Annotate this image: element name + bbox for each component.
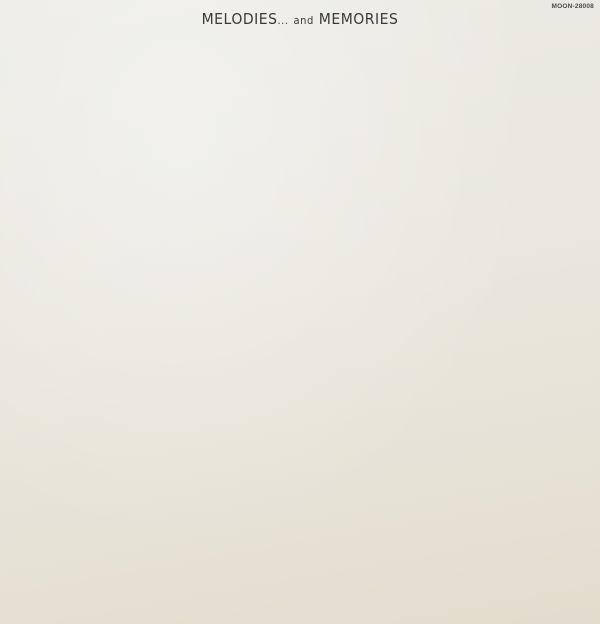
title-connector: and bbox=[293, 16, 313, 28]
title-part-2: MEMORIES bbox=[319, 12, 399, 29]
title-part-1: MELODIES bbox=[202, 12, 278, 29]
album-title: MELODIES... and MEMORIES bbox=[0, 12, 600, 29]
record-sleeve: MELODIES... and MEMORIES MOON-28008 bbox=[0, 0, 600, 624]
catalog-number: MOON-28008 bbox=[552, 3, 594, 10]
title-ellipsis: ... bbox=[277, 16, 288, 28]
